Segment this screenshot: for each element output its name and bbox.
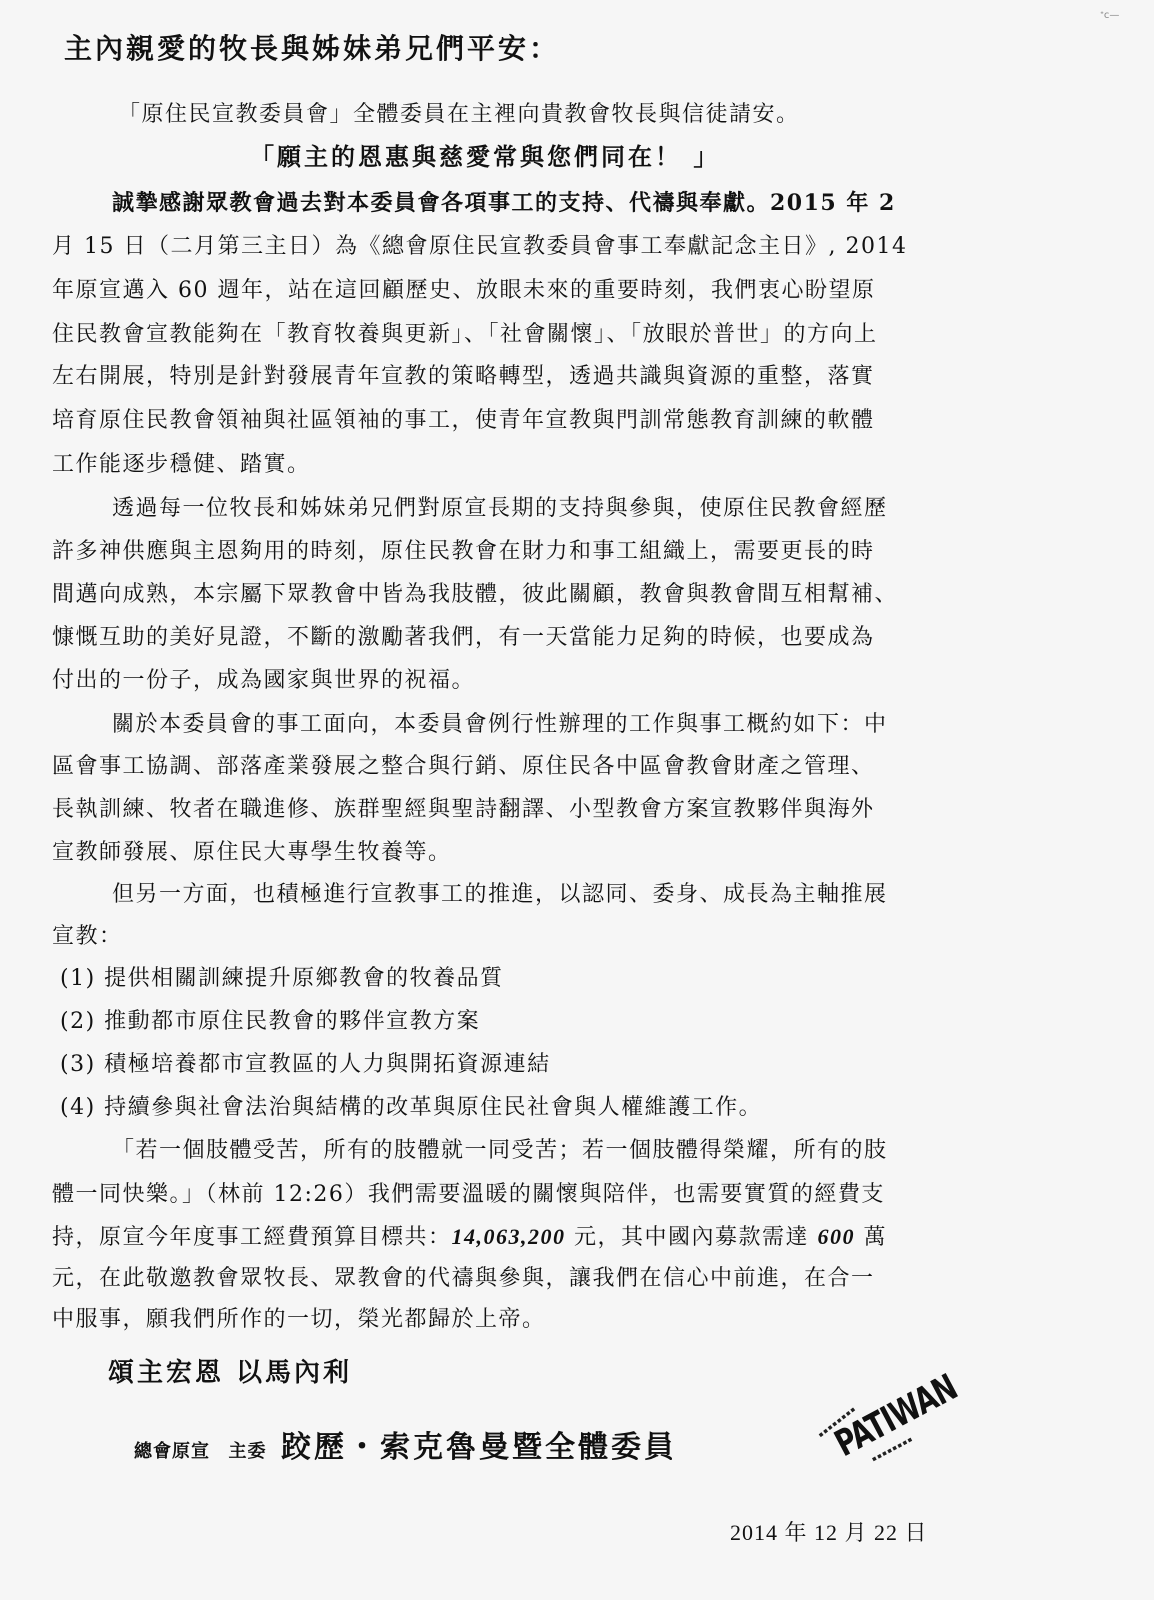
corner-handwritten-mark: ᐩc— xyxy=(1100,10,1119,21)
budget-line-suffix: 萬 xyxy=(855,1225,887,1250)
closing-phrase: 頌主宏恩 以馬內利 xyxy=(108,1358,352,1388)
blessing-line: 「願主的恩惠與慈愛常與您們同在！ 」 xyxy=(250,142,720,172)
list-item: (4) 持續參與社會法治與結構的改革與原住民社會與人權維護工作。 xyxy=(60,1093,762,1123)
paragraph-line: 間邁向成熟，本宗屬下眾教會中皆為我肢體，彼此關顧，教會與教會間互相幫補、 xyxy=(52,580,898,610)
list-item: (1) 提供相關訓練提升原鄉教會的牧養品質 xyxy=(60,964,504,994)
paragraph-line: 透過每一位牧長和姊妹弟兄們對原宣長期的支持與參與，使原住民教會經歷 xyxy=(112,494,888,524)
paragraph-line: 許多神供應與主恩夠用的時刻，原住民教會在財力和事工組織上，需要更長的時 xyxy=(52,537,875,567)
paragraph-line: 區會事工協調、部落產業發展之整合與行銷、原住民各中區會教會財產之管理、 xyxy=(52,752,875,782)
signature-title: 主委 xyxy=(229,1441,267,1462)
list-item: (2) 推動都市原住民教會的夥伴宣教方案 xyxy=(60,1007,480,1037)
scripture-quote-line: 「若一個肢體受苦，所有的肢體就一同受苦；若一個肢體得榮耀，所有的肢 xyxy=(112,1136,888,1166)
paragraph-line: 宣教師發展、原住民大專學生牧養等。 xyxy=(52,838,452,868)
paragraph-line: 宣教： xyxy=(52,922,123,952)
budget-line-prefix: 持，原宣今年度事工經費預算目標共： xyxy=(52,1225,452,1250)
paragraph-line: 誠摯感謝眾教會過去對本委員會各項事工的支持、代禱與奉獻。2015 年 2 xyxy=(112,188,896,218)
intro-line: 「原住民宣教委員會」全體委員在主裡向貴教會牧長與信徒請安。 xyxy=(118,100,800,130)
paragraph-line: 月 15 日（二月第三主日）為《總會原住民宣教委員會事工奉獻記念主日》, 201… xyxy=(52,232,907,262)
letter-page: ᐩc— 主內親愛的牧長與姊妹弟兄們平安： 「原住民宣教委員會」全體委員在主裡向貴… xyxy=(0,0,1154,1600)
budget-line: 持，原宣今年度事工經費預算目標共：14,063,200 元，其中國內募款需達 6… xyxy=(52,1222,887,1253)
paragraph-line: 年原宣邁入 60 週年，站在這回顧歷史、放眼未來的重要時刻，我們衷心盼望原 xyxy=(52,276,875,306)
list-item: (3) 積極培養都市宣教區的人力與開拓資源連結 xyxy=(60,1050,551,1080)
salutation: 主內親愛的牧長與姊妹弟兄們平安： xyxy=(64,34,560,64)
paragraph-line: 長執訓練、牧者在職進修、族群聖經與聖詩翻譯、小型教會方案宣教夥伴與海外 xyxy=(52,795,875,825)
paragraph-line: 付出的一份子，成為國家與世界的祝福。 xyxy=(52,666,475,696)
paragraph-line: 但另一方面，也積極進行宣教事工的推進，以認同、委身、成長為主軸推展 xyxy=(112,880,888,910)
paragraph-line: 住民教會宣教能夠在「教育牧養與更新」、「社會關懷」、「放眼於普世」的方向上 xyxy=(52,320,878,350)
domestic-target-value: 600 xyxy=(818,1224,856,1249)
patiwan-logo: ▪▪▪▪▪▪▪▪ PATIWAN ▪▪▪▪▪▪▪▪ xyxy=(801,1362,975,1499)
signature-org: 總會原宣 xyxy=(134,1441,210,1462)
budget-line-middle: 元，其中國內募款需達 xyxy=(566,1225,818,1250)
signature-name: 跤歷・索克魯曼暨全體委員 xyxy=(281,1430,677,1465)
paragraph-line: 工作能逐步穩健、踏實。 xyxy=(52,450,311,480)
paragraph-line: 慷慨互助的美好見證，不斷的激勵著我們，有一天當能力足夠的時候，也要成為 xyxy=(52,623,875,653)
paragraph-line: 體一同快樂。」（林前 12:26）我們需要溫暖的關懷與陪伴，也需要實質的經費支 xyxy=(52,1180,885,1210)
paragraph-line: 關於本委員會的事工面向，本委員會例行性辦理的工作與事工概約如下：中 xyxy=(112,710,888,740)
signature-block: 總會原宣 主委 跤歷・索克魯曼暨全體委員 xyxy=(134,1428,677,1472)
paragraph-line: 培育原住民教會領袖與社區領袖的事工，使青年宣教與門訓常態教育訓練的軟體 xyxy=(52,406,875,436)
paragraph-line: 中服事，願我們所作的一切，榮光都歸於上帝。 xyxy=(52,1305,546,1335)
budget-total-value: 14,063,200 xyxy=(452,1224,566,1249)
paragraph-line: 元，在此敬邀教會眾牧長、眾教會的代禱與參與，讓我們在信心中前進，在合一 xyxy=(52,1264,875,1294)
paragraph-line: 左右開展，特別是針對發展青年宣教的策略轉型，透過共識與資源的重整，落實 xyxy=(52,362,875,392)
letter-date: 2014 年 12 月 22 日 xyxy=(730,1518,928,1548)
